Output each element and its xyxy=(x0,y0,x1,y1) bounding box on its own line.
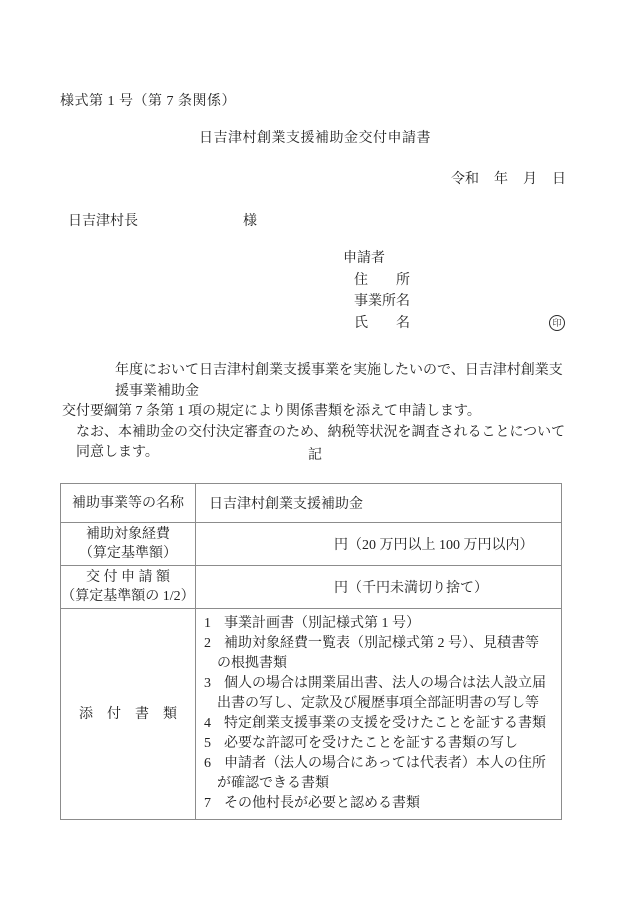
applicant-block: 申請者 住 所 事業所名 氏 名 印 xyxy=(343,248,565,334)
eligible-expense-label: 補助対象経費 （算定基準額） xyxy=(61,523,196,566)
addressee-honorific: 様 xyxy=(243,214,257,229)
applicant-office-label: 事業所名 xyxy=(354,291,565,313)
table-row-application-amount: 交 付 申 請 額 （算定基準額の 1/2） 円（千円未満切り捨て） xyxy=(61,566,562,609)
application-form-page: 様式第 1 号（第 7 条関係） 日吉津村創業支援補助金交付申請書 令和 年 月… xyxy=(0,0,630,903)
addressee-name: 日吉津村長 xyxy=(68,214,138,229)
applicant-name-row: 氏 名 印 xyxy=(354,313,565,335)
application-amount-value: 円（千円未満切り捨て） xyxy=(196,566,562,609)
table-row-subsidy-name: 補助事業等の名称 日吉津村創業支援補助金 xyxy=(61,484,562,523)
date-month-label: 月 xyxy=(523,168,537,188)
attachment-number: 2 xyxy=(204,636,211,651)
attachment-item: 7その他村長が必要と認める書類 xyxy=(204,794,551,814)
attachment-item: 2補助対象経費一覧表（別記様式第 2 号）、見積書等の根拠書類 xyxy=(204,634,551,674)
applicant-heading: 申請者 xyxy=(343,248,565,270)
attachment-number: 4 xyxy=(204,716,211,731)
body-line: 交付要綱第 7 条第 1 項の規定により関係書類を添えて申請します。 xyxy=(62,402,570,423)
application-table: 補助事業等の名称 日吉津村創業支援補助金 補助対象経費 （算定基準額） 円（20… xyxy=(60,483,562,820)
form-number: 様式第 1 号（第 7 条関係） xyxy=(60,90,236,110)
attachment-text: 申請者（法人の場合にあっては代表者）本人の住所が確認できる書類 xyxy=(217,756,546,791)
addressee-line: 日吉津村長様 xyxy=(68,210,257,230)
seal-mark-icon: 印 xyxy=(549,315,565,331)
attachment-text: 個人の場合は開業届出書、法人の場合は法人設立届出書の写し、定款及び履歴事項全部証… xyxy=(217,676,546,711)
attachment-text: 特定創業支援事業の支援を受けたことを証する書類 xyxy=(224,716,546,731)
attachment-text: 事業計画書（別記様式第 1 号） xyxy=(224,616,420,631)
date-era-label: 令和 xyxy=(451,168,479,188)
table-row-attachments: 添 付 書 類 1事業計画書（別記様式第 1 号） 2補助対象経費一覧表（別記様… xyxy=(61,609,562,820)
page-title: 日吉津村創業支援補助金交付申請書 xyxy=(0,127,630,147)
attachment-item: 1事業計画書（別記様式第 1 号） xyxy=(204,614,551,634)
applicant-address-label: 住 所 xyxy=(354,270,565,292)
attachment-item: 3個人の場合は開業届出書、法人の場合は法人設立届出書の写し、定款及び履歴事項全部… xyxy=(204,674,551,714)
application-amount-label-line1: 交 付 申 請 額 xyxy=(61,568,195,587)
attachment-number: 6 xyxy=(204,756,211,771)
attachment-text: その他村長が必要と認める書類 xyxy=(224,796,420,811)
attachment-item: 6申請者（法人の場合にあっては代表者）本人の住所が確認できる書類 xyxy=(204,754,551,794)
attachment-item: 5必要な許認可を受けたことを証する書類の写し xyxy=(204,734,551,754)
attachment-number: 1 xyxy=(204,616,211,631)
attachment-number: 7 xyxy=(204,796,211,811)
application-amount-label: 交 付 申 請 額 （算定基準額の 1/2） xyxy=(61,566,196,609)
applicant-name-label: 氏 名 xyxy=(354,313,410,335)
application-amount-label-line2: （算定基準額の 1/2） xyxy=(61,587,195,606)
table-row-eligible-expense: 補助対象経費 （算定基準額） 円（20 万円以上 100 万円以内） xyxy=(61,523,562,566)
body-line: 年度において日吉津村創業支援事業を実施したいので、日吉津村創業支援事業補助金 xyxy=(62,361,570,402)
eligible-expense-label-line1: 補助対象経費 xyxy=(61,525,195,544)
attachment-text: 補助対象経費一覧表（別記様式第 2 号）、見積書等の根拠書類 xyxy=(217,636,539,671)
date-day-label: 日 xyxy=(552,168,566,188)
attachments-list: 1事業計画書（別記様式第 1 号） 2補助対象経費一覧表（別記様式第 2 号）、… xyxy=(196,609,562,820)
attachments-label: 添 付 書 類 xyxy=(61,609,196,820)
attachment-text: 必要な許認可を受けたことを証する書類の写し xyxy=(224,736,518,751)
attachment-item: 4特定創業支援事業の支援を受けたことを証する書類 xyxy=(204,714,551,734)
record-mark: 記 xyxy=(0,444,630,464)
attachment-number: 3 xyxy=(204,676,211,691)
subsidy-name-label: 補助事業等の名称 xyxy=(61,484,196,523)
eligible-expense-label-line2: （算定基準額） xyxy=(61,544,195,563)
eligible-expense-value: 円（20 万円以上 100 万円以内） xyxy=(196,523,562,566)
date-line: 令和 年 月 日 xyxy=(451,168,566,188)
subsidy-name-value: 日吉津村創業支援補助金 xyxy=(196,484,562,523)
attachment-number: 5 xyxy=(204,736,211,751)
date-year-label: 年 xyxy=(494,168,508,188)
